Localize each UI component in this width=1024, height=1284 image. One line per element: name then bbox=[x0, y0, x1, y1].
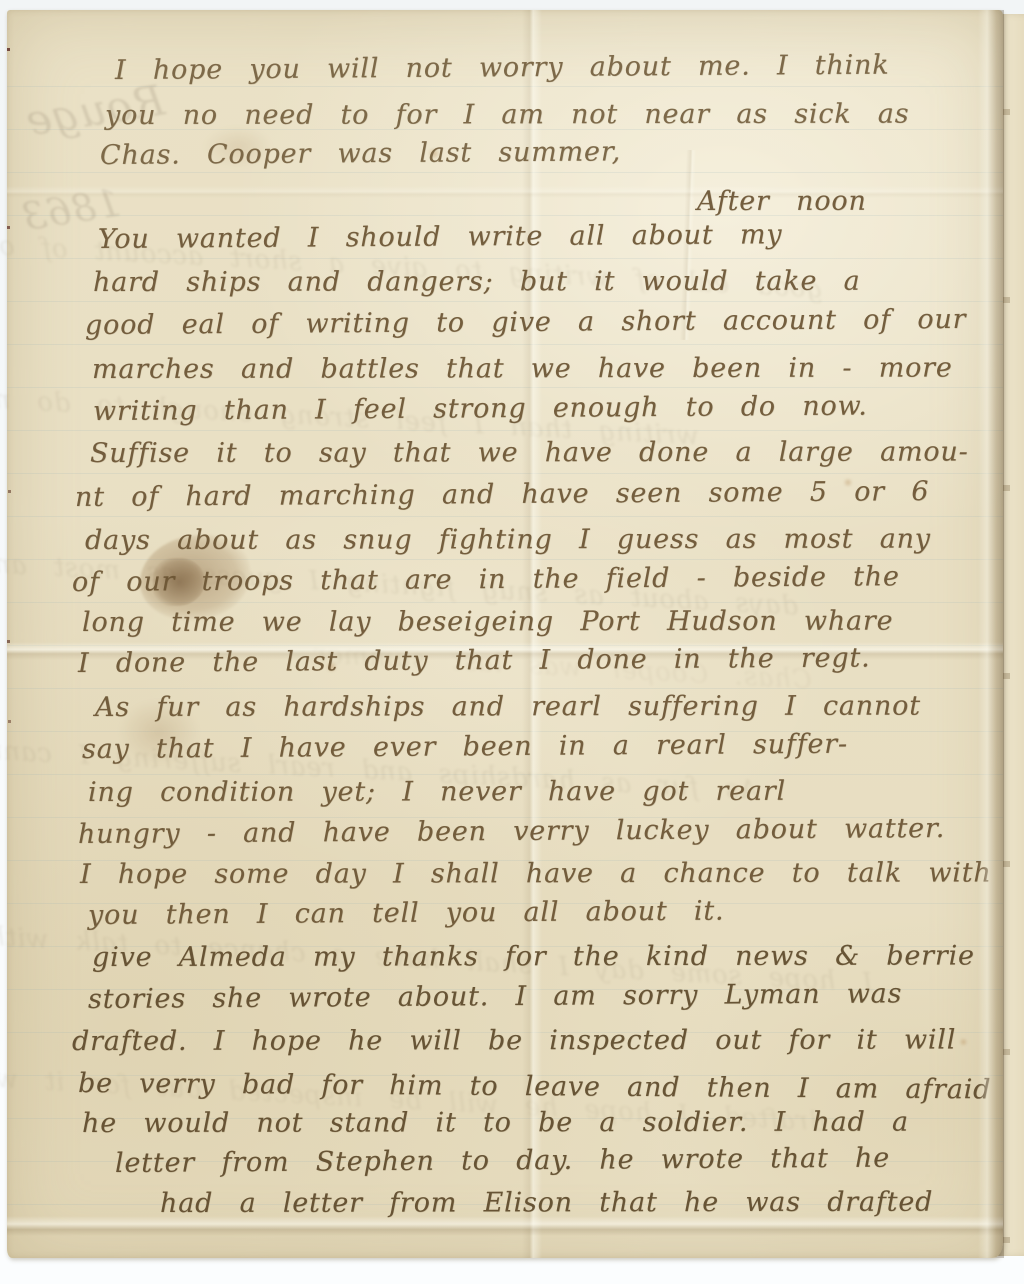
letter-line: drafted. I hope he will be inspected out… bbox=[72, 1024, 956, 1057]
adjacent-page-ink-fragments bbox=[1002, 14, 1010, 1256]
letter-line: say that I have ever been in a rearl suf… bbox=[82, 729, 848, 765]
letter-line: be verry bad for him to leave and then I… bbox=[78, 1068, 991, 1105]
letter-line-afternoon-heading: After noon bbox=[697, 186, 867, 217]
letter-line: good eal of writing to give a short acco… bbox=[85, 304, 967, 341]
letter-line: letter from Stephen to day. he wrote tha… bbox=[115, 1143, 890, 1179]
scanned-letter: Rouge 1863 good eal of writing to give a… bbox=[0, 0, 1024, 1284]
letter-line: I done the last duty that I done in the … bbox=[78, 642, 871, 679]
letter-line: give Almeda my thanks for the kind news … bbox=[92, 940, 975, 973]
letter-line: days about as snug fighting I guess as m… bbox=[85, 524, 931, 556]
letter-line: I hope some day I shall have a chance to… bbox=[80, 857, 992, 890]
letter-line: he would not stand it to be a soldier. I… bbox=[82, 1107, 909, 1139]
letter-page: Rouge 1863 good eal of writing to give a… bbox=[7, 10, 1003, 1258]
letter-line: Suffise it to say that we have done a la… bbox=[90, 436, 969, 469]
letter-line: long time we lay beseigeing Port Hudson … bbox=[82, 606, 893, 638]
letter-line: As fur as hardships and rearl suffering … bbox=[95, 691, 921, 723]
letter-line: I hope you will not worry about me. I th… bbox=[115, 50, 890, 86]
letter-line: hard ships and dangers; but it would tak… bbox=[93, 266, 861, 298]
letter-line: writing than I feel strong enough to do … bbox=[93, 391, 868, 427]
letter-text: I hope you will not worry about me. I th… bbox=[7, 10, 1003, 1258]
letter-line: stories she wrote about. I am sorry Lyma… bbox=[88, 978, 902, 1015]
letter-line: you then I can tell you all about it. bbox=[88, 896, 725, 931]
letter-line: had a letter from Elison that he was dra… bbox=[160, 1187, 933, 1219]
letter-line: you no need to for I am not near as sick… bbox=[105, 99, 909, 131]
letter-line: You wanted I should write all about my bbox=[98, 219, 783, 255]
letter-line: hungry - and have been verry luckey abou… bbox=[78, 813, 945, 850]
letter-line: marches and battles that we have been in… bbox=[92, 352, 953, 385]
letter-line: Chas. Cooper was last summer, bbox=[100, 136, 621, 171]
letter-line: of our troops that are in the field - be… bbox=[72, 561, 900, 598]
letter-line: ing condition yet; I never have got rear… bbox=[88, 776, 786, 808]
letter-line: nt of hard marching and have seen some 5… bbox=[75, 476, 930, 513]
